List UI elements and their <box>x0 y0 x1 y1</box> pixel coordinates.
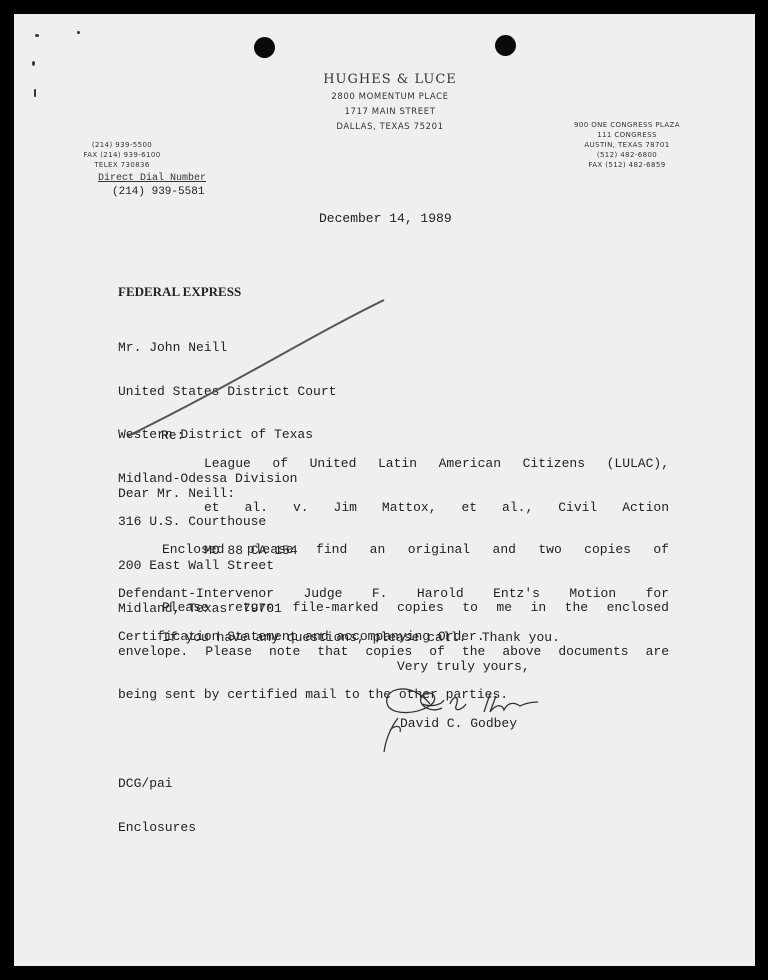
fax: FAX (512) 482-6859 <box>562 160 692 170</box>
address-line: 900 ONE CONGRESS PLAZA <box>562 120 692 130</box>
phone: (512) 482-6800 <box>562 150 692 160</box>
speck <box>77 31 80 34</box>
speck <box>34 89 36 97</box>
letter-date: December 14, 1989 <box>319 211 452 226</box>
reference-block: DCG/pai Enclosures <box>118 748 196 864</box>
direct-dial-label: Direct Dial Number <box>98 173 206 184</box>
speck <box>35 34 39 37</box>
paragraph-line: envelope. Please note that copies of the… <box>118 645 669 660</box>
address-line: AUSTIN, TEXAS 78701 <box>562 140 692 150</box>
handwritten-signature <box>370 674 560 754</box>
paragraph-line: Please return file-marked copies to me i… <box>118 601 669 616</box>
body-paragraph: If you have any questions, please call. … <box>162 630 560 645</box>
address-line: 1717 MAIN STREET <box>290 105 490 120</box>
address-line: 2800 MOMENTUM PLACE <box>290 90 490 105</box>
salutation: Dear Mr. Neill: <box>118 486 235 501</box>
closing: Very truly yours, <box>397 659 530 674</box>
speck <box>32 61 35 66</box>
dallas-contact: (214) 939-5500 FAX (214) 939-6100 TELEX … <box>72 140 172 170</box>
punch-hole <box>495 35 516 56</box>
typist-initials: DCG/pai <box>118 777 196 792</box>
address-line: 111 CONGRESS <box>562 130 692 140</box>
address-line: DALLAS, TEXAS 75201 <box>290 120 490 135</box>
fax: FAX (214) 939-6100 <box>72 150 172 160</box>
re-line: et al. v. Jim Mattox, et al., Civil Acti… <box>204 501 669 516</box>
firm-name: HUGHES & LUCE <box>290 72 490 87</box>
re-label: Re: <box>161 428 184 443</box>
telex: TELEX 730836 <box>72 160 172 170</box>
phone: (214) 939-5500 <box>72 140 172 150</box>
letterhead-center: HUGHES & LUCE 2800 MOMENTUM PLACE 1717 M… <box>290 72 490 135</box>
enclosures-note: Enclosures <box>118 821 196 836</box>
austin-contact: 900 ONE CONGRESS PLAZA 111 CONGRESS AUST… <box>562 120 692 170</box>
letter-page: HUGHES & LUCE 2800 MOMENTUM PLACE 1717 M… <box>14 14 755 966</box>
re-line: League of United Latin American Citizens… <box>204 457 669 472</box>
signer-name: David C. Godbey <box>400 716 517 731</box>
punch-hole <box>254 37 275 58</box>
direct-dial-number: (214) 939-5581 <box>112 186 204 198</box>
paragraph-line: Enclosed please find an original and two… <box>118 543 669 558</box>
